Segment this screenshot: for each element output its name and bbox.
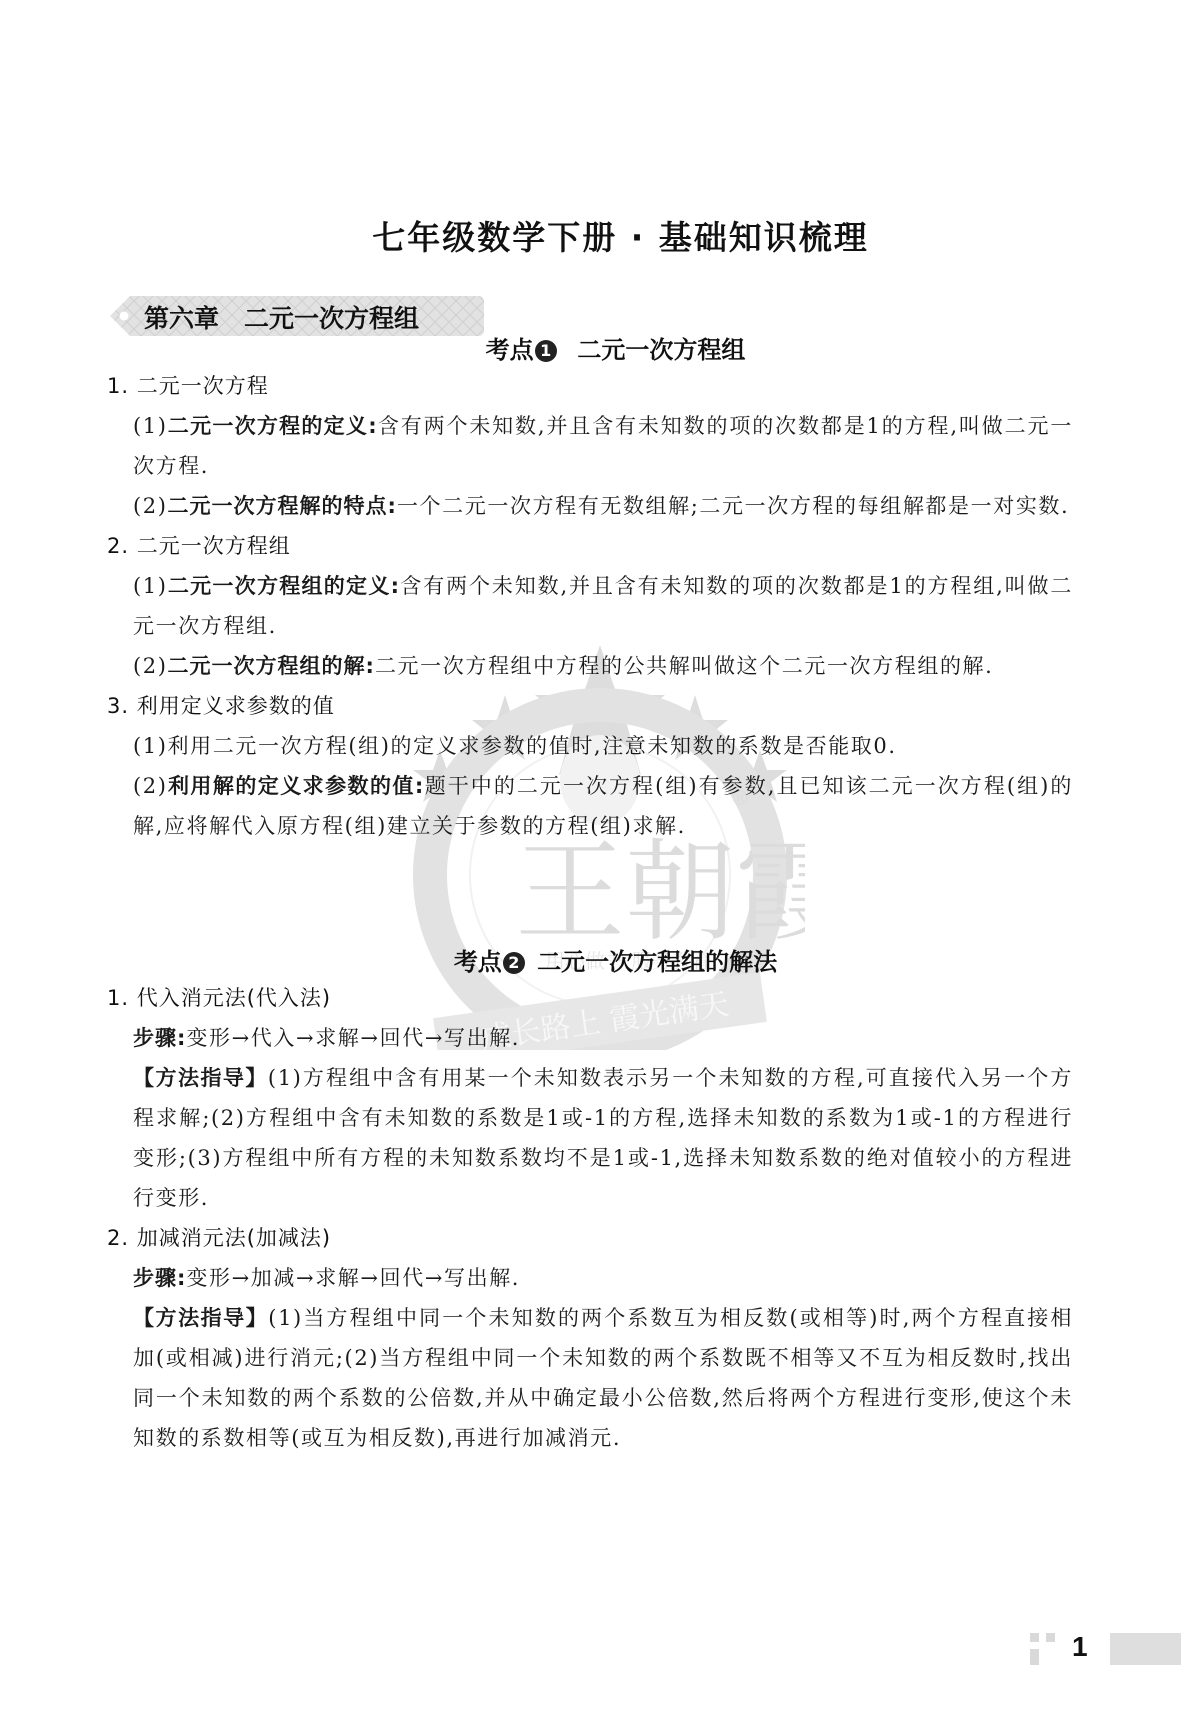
item-heading: 2. 加减消元法(加减法) — [107, 1218, 1073, 1258]
paragraph: (1)利用二元一次方程(组)的定义求参数的值时,注意未知数的系数是否能取0. — [133, 726, 1073, 766]
section-header-1: 考点1 二元一次方程组 — [0, 330, 1181, 365]
item-heading: 1. 二元一次方程 — [107, 366, 1073, 406]
item-heading: 2. 二元一次方程组 — [107, 526, 1073, 566]
number-badge-icon: 1 — [535, 340, 557, 362]
steps-paragraph: 步骤:变形→代入→求解→回代→写出解. — [133, 1018, 1073, 1058]
method-guide-paragraph: 【方法指导】(1)当方程组中同一个未知数的两个系数互为相反数(或相等)时,两个方… — [133, 1298, 1073, 1458]
paragraph: (2)利用解的定义求参数的值:题干中的二元一次方程(组)有参数,且已知该二元一次… — [133, 766, 1073, 846]
number-badge-icon: 2 — [503, 952, 525, 974]
deco-square-icon — [1030, 1649, 1039, 1665]
deco-square-icon — [1030, 1633, 1039, 1642]
section-header-2: 考点2 二元一次方程组的解法 — [0, 942, 1181, 977]
item-heading: 3. 利用定义求参数的值 — [107, 686, 1073, 726]
footer-bar — [1110, 1633, 1181, 1665]
deco-square-icon — [1046, 1633, 1055, 1642]
paragraph: (1)二元一次方程的定义:含有两个未知数,并且含有未知数的项的次数都是1的方程,… — [133, 406, 1073, 486]
page-number-footer: 1 — [1030, 1633, 1181, 1665]
page-title: 七年级数学下册 · 基础知识梳理 — [0, 212, 1181, 259]
paragraph: (2)二元一次方程解的特点:一个二元一次方程有无数组解;二元一次方程的每组解都是… — [133, 486, 1073, 526]
section-2-content: 1. 代入消元法(代入法) 步骤:变形→代入→求解→回代→写出解. 【方法指导】… — [107, 978, 1073, 1458]
item-heading: 1. 代入消元法(代入法) — [107, 978, 1073, 1018]
paragraph: (2)二元一次方程组的解:二元一次方程组中方程的公共解叫做这个二元一次方程组的解… — [133, 646, 1073, 686]
paragraph: (1)二元一次方程组的定义:含有两个未知数,并且含有未知数的项的次数都是1的方程… — [133, 566, 1073, 646]
method-guide-paragraph: 【方法指导】(1)方程组中含有用某一个未知数表示另一个未知数的方程,可直接代入另… — [133, 1058, 1073, 1218]
watermark-brand: 王朝霞 — [515, 828, 805, 956]
steps-paragraph: 步骤:变形→加减→求解→回代→写出解. — [133, 1258, 1073, 1298]
page-number: 1 — [1072, 1631, 1088, 1663]
section-1-content: 1. 二元一次方程 (1)二元一次方程的定义:含有两个未知数,并且含有未知数的项… — [107, 366, 1073, 846]
